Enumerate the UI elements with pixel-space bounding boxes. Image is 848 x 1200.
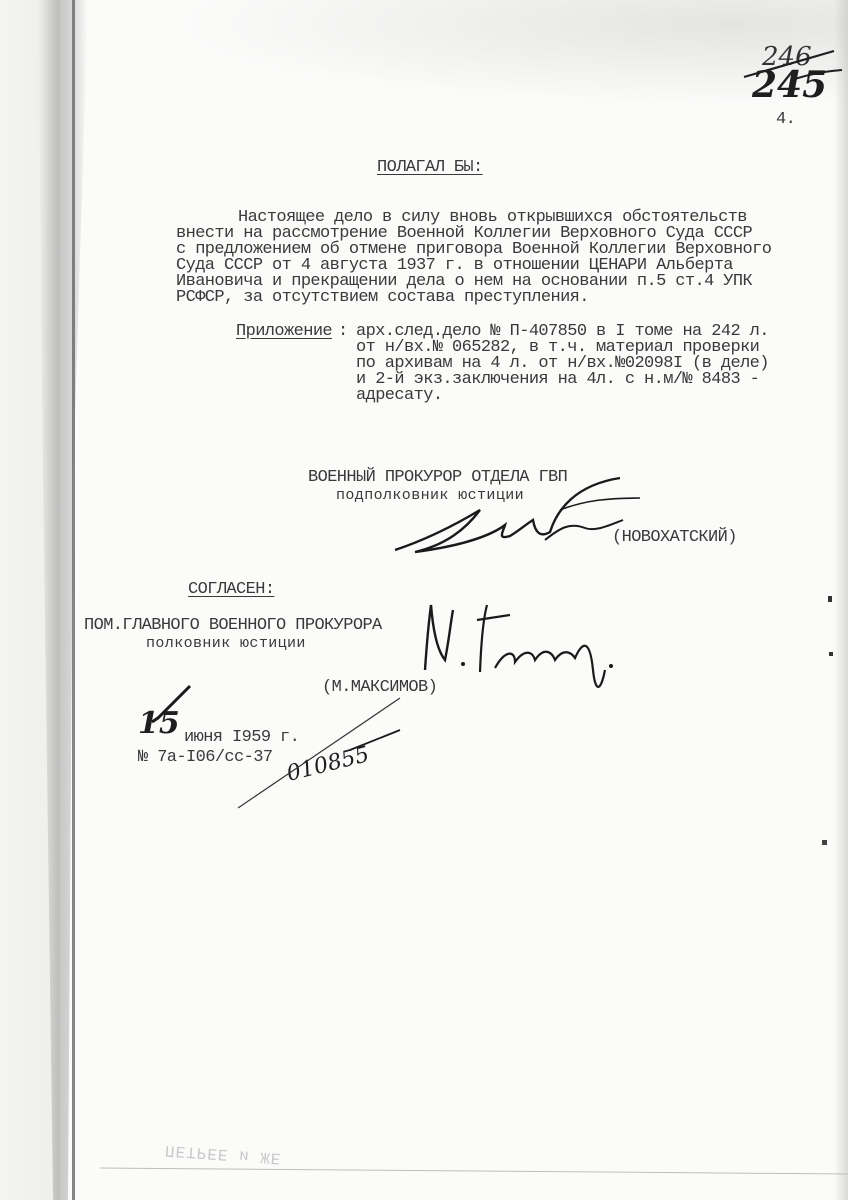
heading: ПОЛАГАЛ БЫ: bbox=[377, 160, 483, 176]
approval-title: ПОМ.ГЛАВНОГО ВОЕННОГО ПРОКУРОРА bbox=[84, 618, 382, 634]
signature-novokhatsky bbox=[385, 470, 645, 560]
approval-label: СОГЛАСЕН: bbox=[188, 582, 274, 598]
bottom-faint-line bbox=[100, 1166, 848, 1176]
attachment-label: Приложение bbox=[236, 324, 332, 340]
page-number-typed: 4. bbox=[776, 112, 795, 128]
scan-shade bbox=[80, 0, 848, 120]
binding-edge bbox=[72, 0, 75, 1200]
signatory-name: (НОВОХАТСКИЙ) bbox=[612, 530, 737, 546]
body-line: РСФСР, за отсутствием состава преступлен… bbox=[176, 290, 589, 306]
approval-rank: полковник юстиции bbox=[146, 636, 306, 652]
attachment-colon: : bbox=[338, 324, 348, 340]
signature-maksimov bbox=[415, 600, 625, 700]
page-right-edge bbox=[834, 0, 848, 1200]
attachment-line: адресату. bbox=[356, 388, 442, 404]
margin-stamp: ПЕТРЕЕ и ЖЕ bbox=[165, 1142, 282, 1166]
date-day-handwritten: 15 bbox=[138, 706, 180, 741]
underline-stroke bbox=[790, 68, 848, 88]
diagonal-stroke bbox=[230, 690, 410, 820]
